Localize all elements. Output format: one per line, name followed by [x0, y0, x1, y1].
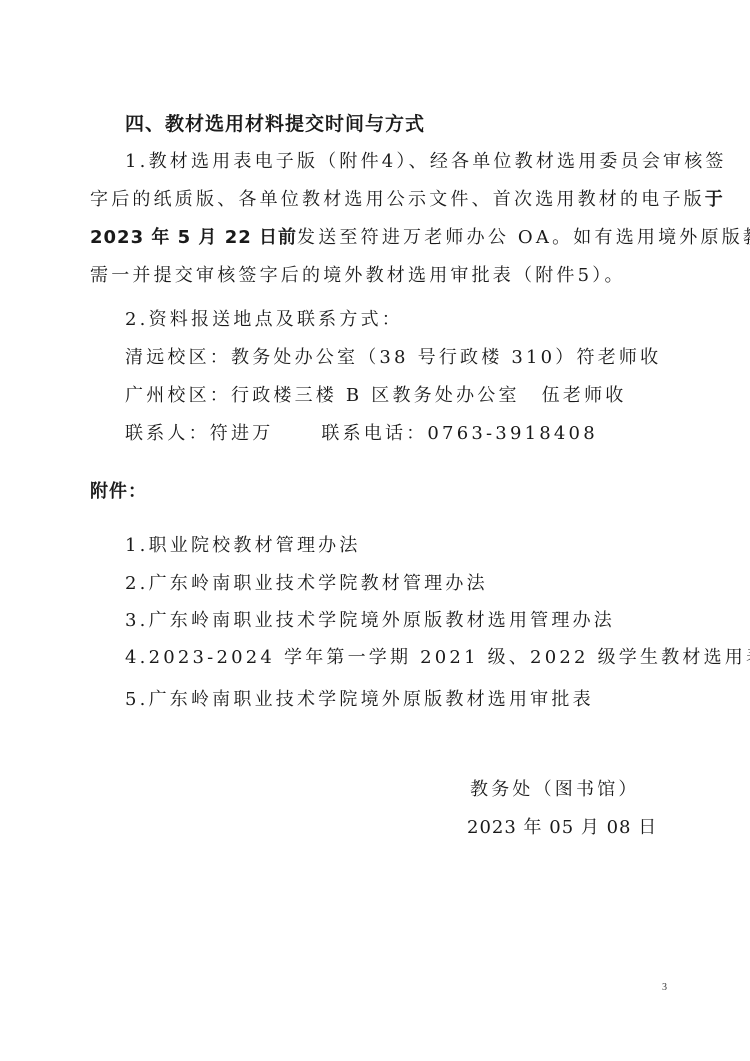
attachment-item-5: 5.广东岭南职业技术学院境外原版教材选用审批表	[125, 688, 594, 712]
item2-title: 2.资料报送地点及联系方式：	[125, 308, 403, 332]
contact-person: 联系人：符进万	[125, 423, 273, 444]
page-number: 3	[662, 982, 667, 993]
guangzhou-location: 广州校区：行政楼三楼 B 区教务处办公室	[125, 385, 520, 406]
qingyuan-campus-address: 清远校区：教务处办公室（38 号行政楼 310）符老师收	[125, 346, 661, 370]
item1-line1: 1.教材选用表电子版（附件4）、经各单位教材选用委员会审核签	[125, 150, 727, 174]
document-page: 四、教材选用材料提交时间与方式 1.教材选用表电子版（附件4）、经各单位教材选用…	[0, 0, 750, 1061]
attachment-item-1: 1.职业院校教材管理办法	[125, 534, 361, 558]
item1-line2-bold: 于	[705, 189, 724, 210]
signature-date: 2023 年 05 月 08 日	[467, 816, 657, 840]
attachment-item-3: 3.广东岭南职业技术学院境外原版教材选用管理办法	[125, 609, 615, 633]
item1-line4: 需一并提交审核签字后的境外教材选用审批表（附件5）。	[90, 264, 626, 288]
contact-phone: 联系电话：0763-3918408	[321, 423, 597, 444]
item1-line2-text: 字后的纸质版、各单位教材选用公示文件、首次选用教材的电子版	[90, 189, 705, 210]
item1-line3: 2023 年 5 月 22 日前发送至符进万老师办公 OA。如有选用境外原版教材	[90, 226, 750, 250]
deadline-date: 2023 年 5 月 22 日前	[90, 227, 297, 248]
guangzhou-campus-address: 广州校区：行政楼三楼 B 区教务处办公室伍老师收	[125, 384, 626, 408]
item1-line2: 字后的纸质版、各单位教材选用公示文件、首次选用教材的电子版于	[90, 188, 724, 212]
attachment-item-2: 2.广东岭南职业技术学院教材管理办法	[125, 572, 488, 596]
guangzhou-recipient: 伍老师收	[542, 385, 627, 406]
item1-line3-text: 发送至符进万老师办公 OA。如有选用境外原版教材	[297, 227, 750, 248]
contact-info: 联系人：符进万联系电话：0763-3918408	[125, 422, 598, 446]
signature-department: 教务处（图书馆）	[470, 778, 640, 802]
attachments-title: 附件：	[90, 480, 147, 504]
section-heading: 四、教材选用材料提交时间与方式	[125, 112, 425, 136]
attachment-item-4: 4.2023-2024 学年第一学期 2021 级、2022 级学生教材选用表	[125, 646, 750, 670]
